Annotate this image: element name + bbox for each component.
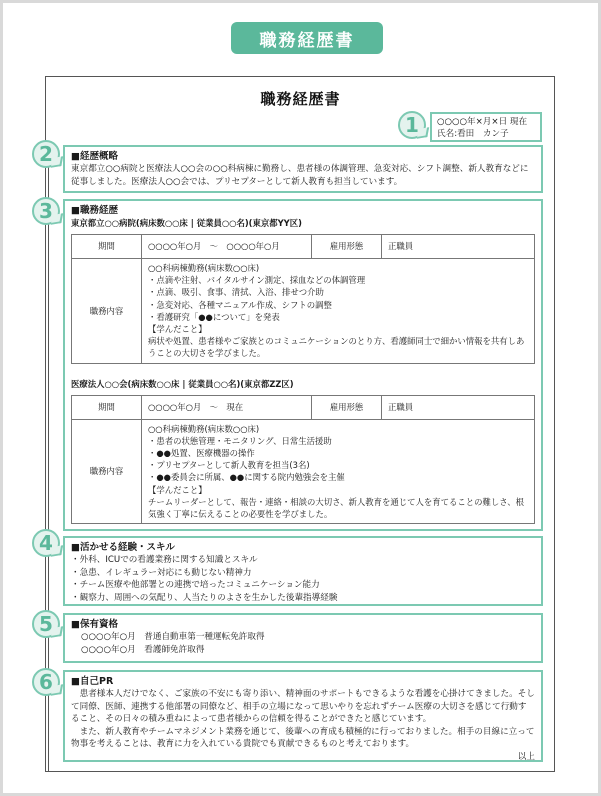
summary-section: ■経歴概略 東京都立○○病院と医療法人○○会の○○科病棟に勤務し、患者様の体調管… [63, 145, 543, 193]
career-heading: ■職務経歴 [71, 204, 535, 217]
pr-paragraph: また、新人教育やチームマネジメント業務を通じて、後輩への育成も積極的に行っており… [71, 726, 535, 751]
job-1-table: 期間 ○○○○年○月 ～ ○○○○年○月 雇用形態 正職員 職務内容 ○○科病棟… [71, 234, 535, 364]
job-2-duties-label: 職務内容 [72, 419, 142, 524]
pr-paragraph: 患者様本人だけでなく、ご家族の不安にも寄り添い、精神面のサポートもできるような看… [71, 688, 535, 726]
job-1-period-label: 期間 [72, 235, 142, 259]
summary-text: 東京都立○○病院と医療法人○○会の○○科病棟に勤務し、患者様の体調管理、急変対応… [71, 163, 535, 188]
duty-line: ・●●処置、医療機器の操作 [148, 447, 528, 459]
license-item: ○○○○年○月 普通自動車第一種運転免許取得 [71, 631, 535, 644]
duty-line: 【学んだこと】 [148, 484, 528, 496]
duty-line: ・点滴、吸引、食事、清拭、入浴、排せつ介助 [148, 286, 528, 298]
duty-line: ○○科病棟勤務(病床数○○床) [148, 262, 528, 274]
job-1-duties-label: 職務内容 [72, 259, 142, 364]
info-box: ○○○○年×月×日 現在 氏名:看田 カン子 [430, 112, 542, 142]
badge-3: 3 [32, 197, 60, 225]
badge-6: 6 [32, 668, 60, 696]
duty-line: ・看護研究「●●について」を発表 [148, 311, 528, 323]
job-2-period-label: 期間 [72, 395, 142, 419]
duty-line: 病状や処置、患者様やご家族とのコミュニケーションのとり方、看護師同士で細かい情報… [148, 335, 528, 359]
duty-line: チームリーダーとして、報告・連絡・相談の大切さ、新人教育を通じて人を育てることの… [148, 496, 528, 520]
license-item: ○○○○年○月 看護師免許取得 [71, 644, 535, 657]
skill-item: ・急患、イレギュラー対応にも動じない精神力 [71, 567, 535, 580]
job-2-employment-label: 雇用形態 [312, 395, 382, 419]
skill-item: ・観察力、周囲への気配り、人当たりのよさを生かした後輩指導経験 [71, 592, 535, 605]
banner-title: 職務経歴書 [231, 22, 383, 54]
job-1-period: ○○○○年○月 ～ ○○○○年○月 [142, 235, 312, 259]
duty-line: ・患者の状態管理・モニタリング、日常生活援助 [148, 435, 528, 447]
duty-line: 【学んだこと】 [148, 323, 528, 335]
duty-line: ・●●委員会に所属、●●に関する院内勉強会を主催 [148, 471, 528, 483]
summary-heading: ■経歴概略 [71, 150, 535, 163]
job-1-employment-label: 雇用形態 [312, 235, 382, 259]
duty-line: ○○科病棟勤務(病床数○○床) [148, 423, 528, 435]
pr-heading: ■自己PR [71, 675, 535, 688]
badge-2: 2 [32, 140, 60, 168]
job-2-period: ○○○○年○月 ～ 現在 [142, 395, 312, 419]
licenses-section: ■保有資格 ○○○○年○月 普通自動車第一種運転免許取得 ○○○○年○月 看護師… [63, 613, 543, 663]
job-2-employer: 医療法人○○会(病床数○○床 | 従業員○○名)(東京都ZZ区) [71, 378, 535, 391]
job-2-duties: ○○科病棟勤務(病床数○○床) ・患者の状態管理・モニタリング、日常生活援助 ・… [142, 419, 535, 524]
badge-5: 5 [32, 610, 60, 638]
skills-heading: ■活かせる経験・スキル [71, 541, 535, 554]
skill-item: ・チーム医療や他部署との連携で培ったコミュニケーション能力 [71, 579, 535, 592]
badge-1: 1 [398, 111, 426, 139]
job-1-duties: ○○科病棟勤務(病床数○○床) ・点滴や注射、バイタルサイン測定、採血などの体調… [142, 259, 535, 364]
skills-section: ■活かせる経験・スキル ・外科、ICUでの看護業務に関する知識とスキル ・急患、… [63, 536, 543, 606]
licenses-heading: ■保有資格 [71, 618, 535, 631]
closing-text: 以上 [71, 751, 535, 764]
duty-line: ・急変対応、各種マニュアル作成、シフトの調整 [148, 299, 528, 311]
job-1-employer: 東京都立○○病院(病床数○○床 | 従業員○○名)(東京都YY区) [71, 217, 535, 230]
date-text: ○○○○年×月×日 現在 [437, 116, 535, 128]
document-title: 職務経歴書 [0, 88, 601, 109]
badge-4: 4 [32, 529, 60, 557]
name-text: 氏名:看田 カン子 [437, 128, 535, 140]
career-section: ■職務経歴 東京都立○○病院(病床数○○床 | 従業員○○名)(東京都YY区) … [63, 199, 543, 531]
skill-item: ・外科、ICUでの看護業務に関する知識とスキル [71, 554, 535, 567]
duty-line: ・プリセプターとして新人教育を担当(3名) [148, 459, 528, 471]
pr-section: ■自己PR 患者様本人だけでなく、ご家族の不安にも寄り添い、精神面のサポートもで… [63, 670, 543, 762]
job-1-employment: 正職員 [382, 235, 535, 259]
duty-line: ・点滴や注射、バイタルサイン測定、採血などの体調管理 [148, 274, 528, 286]
job-2-table: 期間 ○○○○年○月 ～ 現在 雇用形態 正職員 職務内容 ○○科病棟勤務(病床… [71, 395, 535, 525]
job-2-employment: 正職員 [382, 395, 535, 419]
